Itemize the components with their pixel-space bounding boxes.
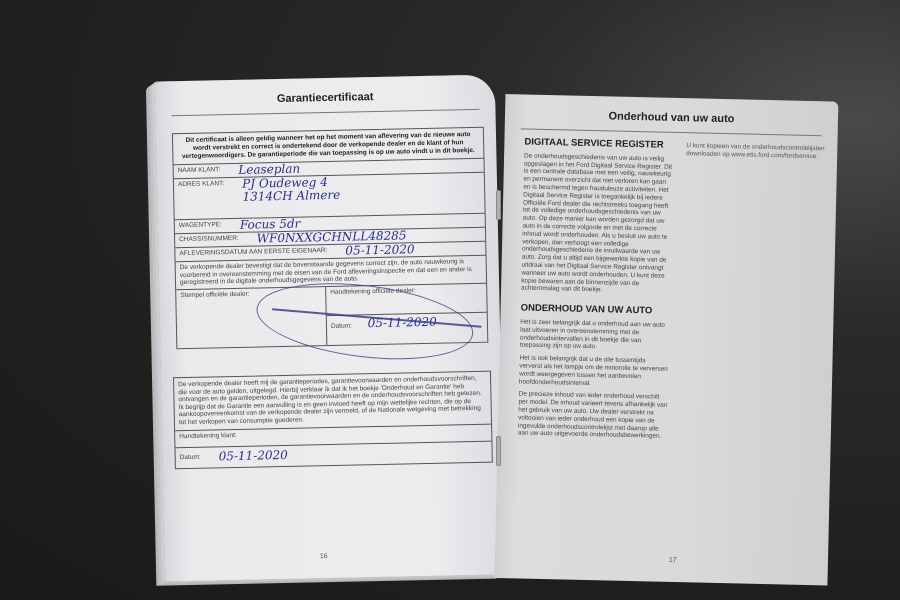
vehicle-type-label: WAGENTYPE: <box>175 219 226 231</box>
title-divider <box>172 109 480 116</box>
digital-register-text: De onderhoudsgeschiedenis van uw auto is… <box>521 152 674 296</box>
customer-declaration-form: De verkopende dealer heeft mij de garant… <box>173 371 493 469</box>
page-number-right: 17 <box>669 557 677 564</box>
customer-address-label: ADRES KLANT: <box>174 178 228 190</box>
chassis-number-label: CHASSISNUMMER: <box>175 233 243 245</box>
delivery-date-value: 05-11-2020 <box>331 243 414 258</box>
section-heading-digital-register: DIGITAAL SERVICE REGISTER <box>524 139 674 150</box>
download-note: U kunt kopieen van de onderhoudscontrole… <box>686 142 826 161</box>
section-heading-maintenance: ONDERHOUD VAN UW AUTO <box>521 305 671 316</box>
left-page-warranty-certificate: Garantiecertificaat Dit certificaat is a… <box>155 74 505 581</box>
staple <box>496 436 501 466</box>
side-column: U kunt kopieen van de onderhoudscontrole… <box>686 142 826 161</box>
customer-date-value: 05-11-2020 <box>204 449 287 464</box>
maintenance-paragraph: Het is ook belangrijk dat u de olie tuss… <box>519 355 670 390</box>
page-number-left: 16 <box>320 553 328 560</box>
customer-name-label: NAAM KLANT: <box>174 164 225 176</box>
page-title: Garantiecertificaat <box>155 88 495 107</box>
open-booklet: Garantiecertificaat Dit certificaat is a… <box>0 0 900 600</box>
customer-signature-label: Handtekening klant: <box>175 429 241 441</box>
page-title: Onderhoud van uw auto <box>505 108 838 128</box>
customer-address-row: ADRES KLANT: PJ Oudeweg 4 1314CH Almere <box>174 172 485 219</box>
maintenance-paragraph: De precieze inhoud van ieder onderhoud v… <box>518 391 669 441</box>
title-divider <box>521 128 822 136</box>
customer-date-label: Datum: <box>176 452 205 464</box>
main-column: DIGITAAL SERVICE REGISTER De onderhoudsg… <box>518 139 675 446</box>
customer-declaration-text: De verkopende dealer heeft mij de garant… <box>174 372 491 430</box>
staple <box>496 190 501 220</box>
customer-address-line2: 1314CH Almere <box>228 189 340 204</box>
dealer-stamp-label: Stempel officiële dealer: <box>180 290 249 298</box>
right-page-maintenance: Onderhoud van uw auto DIGITAAL SERVICE R… <box>495 94 839 585</box>
maintenance-paragraph: Het is zeer belangrijk dat u onderhoud a… <box>520 318 671 353</box>
delivery-date-label: AFLEVERINGSDATUM AAN EERSTE EIGENAAR: <box>175 245 331 259</box>
